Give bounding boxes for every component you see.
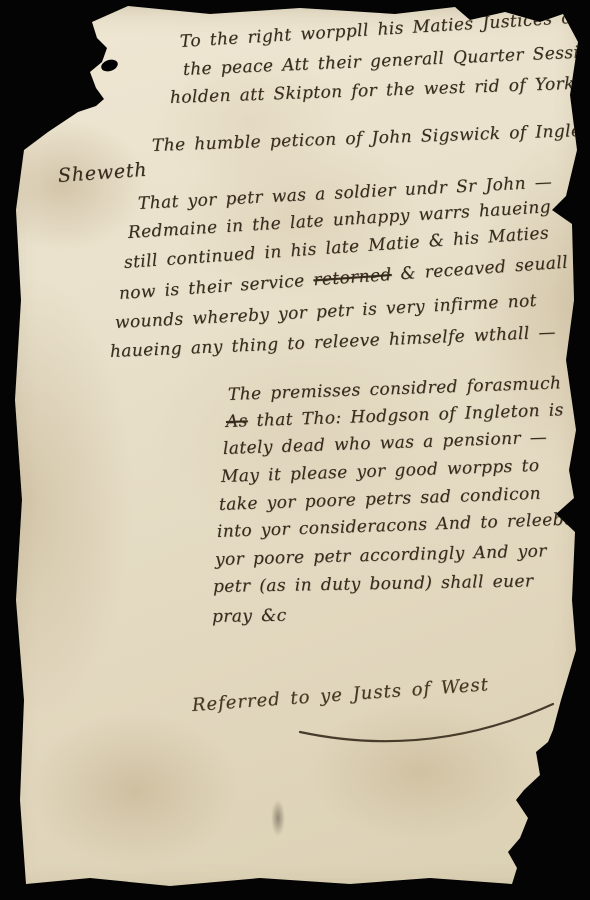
- prayer-line-4: May it please yor good worpps to: [221, 456, 540, 487]
- sheweth-text: Sheweth: [57, 159, 148, 187]
- prayer-line-5: take yor poore petrs sad condicon: [219, 484, 542, 515]
- prayer-text: The premisses considred forasmuch: [228, 373, 562, 405]
- prayer-line-1: The premisses considred forasmuch: [228, 373, 562, 405]
- prayer-text: lately dead who was a pensionr —: [223, 428, 548, 459]
- endorsement-line: Referred to ye Justs of West: [191, 674, 489, 716]
- prayer-line-3: lately dead who was a pensionr —: [223, 428, 548, 459]
- struck-word: retorned: [313, 265, 393, 290]
- sheweth-label: Sheweth: [57, 159, 148, 187]
- struck-word: As: [226, 411, 248, 432]
- petition-title-line: The humble peticon of John Sigswick of I…: [152, 120, 590, 156]
- prayer-line-9: pray &c: [212, 606, 287, 627]
- photo-background: To the right worppll his Maties Justices…: [0, 0, 590, 900]
- endorsement-text: Referred to ye Justs of West: [191, 674, 489, 716]
- prayer-line-8: petr (as in duty bound) shall euer: [213, 571, 534, 597]
- manuscript-page: To the right worppll his Maties Justices…: [0, 0, 590, 900]
- paper-hole: [100, 58, 120, 74]
- prayer-line-6: into yor consideracons And to releebe: [217, 510, 575, 542]
- body-text: & receaved seuall: [391, 253, 569, 285]
- prayer-line-2: As that Tho: Hodgson of Ingleton is: [226, 400, 564, 432]
- prayer-text: pray &c: [212, 606, 287, 627]
- body-text: now is their service: [118, 270, 314, 304]
- prayer-text: into yor consideracons And to releebe: [217, 510, 575, 542]
- prayer-line-7: yor poore petr accordingly And yor: [215, 541, 547, 570]
- petition-title-text: The humble peticon of John Sigswick of I…: [152, 120, 590, 156]
- prayer-text: petr (as in duty bound) shall euer: [213, 571, 534, 597]
- prayer-text: take yor poore petrs sad condicon: [219, 484, 542, 515]
- prayer-text: that Tho: Hodgson of Ingleton is: [247, 400, 564, 431]
- prayer-text: yor poore petr accordingly And yor: [215, 541, 547, 570]
- prayer-text: May it please yor good worpps to: [221, 456, 540, 487]
